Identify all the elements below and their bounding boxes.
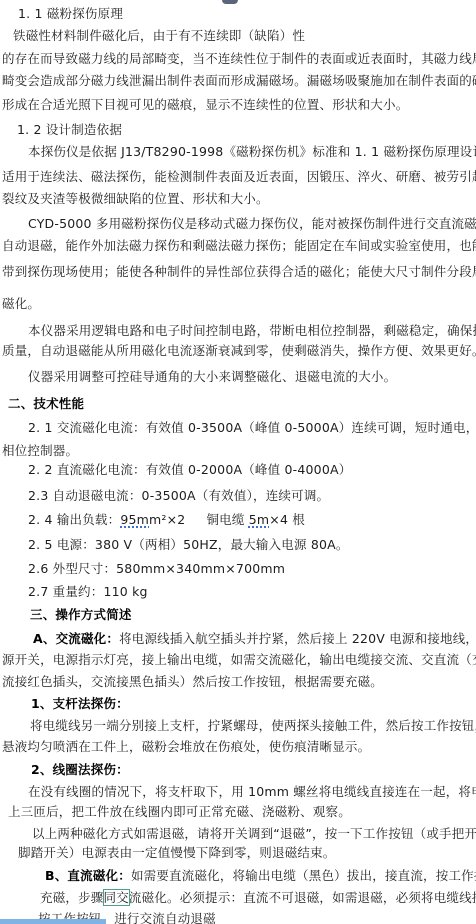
text-line: 1. 1 磁粉探伤原理 <box>18 6 123 21</box>
text-line: 适用于连续法、磁法探伤，能检测制件表面及近表面，因锻压、淬火、研磨、被劳引起的 <box>2 169 476 184</box>
text-line: 相位控制器。 <box>2 443 78 458</box>
text-run: 裂纹及夹渣等极微细缺陷的位置、形状和大小。 <box>2 191 269 206</box>
text-line: 仪器采用调整可控硅导通角的大小来调整磁化、退磁电流的大小。 <box>28 369 396 384</box>
text-line: 畸变会造成部分磁力线泄漏出制件表面而形成漏磁场。漏磁场吸聚施加在制件表面的磁粉， <box>2 73 476 88</box>
text-run: 以上两种磁化方式如需退磁，请将开关调到“退磁”，按一下工作按钮（或手把开关或 <box>32 826 476 841</box>
text-line: 质量，自动退磁能从所用磁化电流逐渐衰减到零，使剩磁消失，操作方便、效果更好。 <box>2 343 476 358</box>
text-run: 将电缆线另一端分别接上支杆，拧紧螺母，使两探头接触工件，然后按工作按钮，使磁 <box>30 718 476 733</box>
text-line: 磁化。 <box>2 296 40 311</box>
text-run: 自动退磁，能作外加法磁力探伤和剩磁法磁力探伤；能固定在车间或实验室使用，也能携 <box>2 238 476 253</box>
text-line: 带到探伤现场使用；能使各种制件的异性部位获得合适的磁化；能使大尺寸制件分段局部 <box>2 264 476 279</box>
text-run: 脚踏开关）电源表由一定值慢慢下降到零，则退磁结束。 <box>18 845 336 860</box>
text-line: 2.6 外型尺寸：580mm×340mm×700mm <box>28 561 285 576</box>
text-line: 充磁，步骤同交流磁化。必须提示：直流不可退磁，如需退磁，必须将电缆线接入交流 <box>40 890 476 905</box>
text-line: 裂纹及夹渣等极微细缺陷的位置、形状和大小。 <box>2 191 269 206</box>
text-line: 2. 4 输出负载：95mm²×2 铜电缆 5m×4 根 <box>28 512 305 527</box>
text-run: 仪器采用调整可控硅导通角的大小来调整磁化、退磁电流的大小。 <box>28 369 396 384</box>
text-line: 上三匝后，把工件放在线圈内即可正常充磁、浇磁粉、观察。 <box>8 804 351 819</box>
text-run: 磁化。 <box>2 296 40 311</box>
text-run: 充磁，步骤 <box>40 890 104 905</box>
text-line: 形成在合适光照下目视可见的磁痕，显示不连续性的位置、形状和大小。 <box>2 97 408 112</box>
text-run: 流接红色插头，交流接黑色插头）然后按工作按钮，根据需要充磁。 <box>2 674 383 689</box>
text-line: 自动退磁，能作外加法磁力探伤和剩磁法磁力探伤；能固定在车间或实验室使用，也能携 <box>2 238 476 253</box>
bold-text-run: A、交流磁化： <box>33 631 119 646</box>
text-line: 1. 2 设计制造依据 <box>17 122 122 137</box>
text-run: 畸变会造成部分磁力线泄漏出制件表面而形成漏磁场。漏磁场吸聚施加在制件表面的磁粉， <box>2 73 476 88</box>
text-run: 铁磁性材料制件磁化后，由于有不连续即（缺陷）性 <box>13 28 305 43</box>
text-run: 将电源线插入航空插头并拧紧，然后接上 220V 电源和接地线，打开电 <box>119 631 476 646</box>
text-run: 2. 4 输出负载： <box>28 512 120 527</box>
text-line: A、交流磁化：将电源线插入航空插头并拧紧，然后接上 220V 电源和接地线，打开… <box>33 631 476 646</box>
text-run: 悬液均匀喷洒在工件上，磁粉会堆放在伤痕处，使伤痕清晰显示。 <box>2 739 370 754</box>
text-line: 二、技术性能 <box>8 396 84 411</box>
text-line: 2. 2 直流磁化电流：有效值 0-2000A（峰值 0-4000A） <box>28 462 351 477</box>
text-run: 流磁化。必须提示：直流不可退磁，如需退磁，必须将电缆线接入交流 <box>129 890 476 905</box>
text-run: 1. 1 磁粉探伤原理 <box>18 6 123 21</box>
text-line: 悬液均匀喷洒在工件上，磁粉会堆放在伤痕处，使伤痕清晰显示。 <box>2 739 370 754</box>
text-run: 适用于连续法、磁法探伤，能检测制件表面及近表面，因锻压、淬火、研磨、被劳引起的 <box>2 169 476 184</box>
text-run: 相位控制器。 <box>2 443 78 458</box>
text-line: 2、线圈法探伤： <box>31 762 129 777</box>
text-run: 形成在合适光照下目视可见的磁痕，显示不连续性的位置、形状和大小。 <box>2 97 408 112</box>
text-run: 本仪器采用逻辑电路和电子时间控制电路，带断电相位控制器，剩磁稳定，确保探伤 <box>28 323 476 338</box>
text-run: 2.7 重量约：110 kg <box>28 584 148 599</box>
text-run: 在没有线圈的情况下，将支杆取下，用 10mm 螺丝将电缆线直接连在一起，将电缆线… <box>28 784 476 799</box>
text-run: 上三匝后，把工件放在线圈内即可正常充磁、浇磁粉、观察。 <box>8 804 351 819</box>
text-run: m²×2 铜电缆 <box>149 512 249 527</box>
text-line: 2.7 重量约：110 kg <box>28 584 148 599</box>
text-line: 三、操作方式简述 <box>30 607 132 622</box>
bold-text-run: 三、操作方式简述 <box>30 607 132 622</box>
text-run: 2. 2 直流磁化电流：有效值 0-2000A（峰值 0-4000A） <box>28 462 351 477</box>
text-line: 以上两种磁化方式如需退磁，请将开关调到“退磁”，按一下工作按钮（或手把开关或 <box>32 826 476 841</box>
text-run: 2.6 外型尺寸：580mm×340mm×700mm <box>28 561 285 576</box>
text-run: ×4 根 <box>269 512 305 527</box>
text-run: 带到探伤现场使用；能使各种制件的异性部位获得合适的磁化；能使大尺寸制件分段局部 <box>2 264 476 279</box>
text-line: 2. 1 交流磁化电流：有效值 0-3500A（峰值 0-5000A）连续可调，… <box>28 420 476 435</box>
text-line: B、直流磁化：如需要直流磁化，将输出电缆（黑色）拔出，接直流，按工作按钮 <box>45 868 476 883</box>
text-run: 质量，自动退磁能从所用磁化电流逐渐衰减到零，使剩磁消失，操作方便、效果更好。 <box>2 343 476 358</box>
text-run: 的存在而导致磁力线的局部畸变，当不连续性位于制件的表面或近表面时，其磁力线局部 <box>2 51 476 66</box>
text-run: 2. 1 交流磁化电流：有效值 0-3500A（峰值 0-5000A）连续可调，… <box>28 420 476 435</box>
text-line: 流接红色插头，交流接黑色插头）然后按工作按钮，根据需要充磁。 <box>2 674 383 689</box>
text-run: 1. 2 设计制造依据 <box>17 122 122 137</box>
top-smudge-mark <box>222 0 238 4</box>
document-page: 1. 1 磁粉探伤原理铁磁性材料制件磁化后，由于有不连续即（缺陷）性的存在而导致… <box>0 0 476 924</box>
text-line: 2.3 自动退磁电流：0-3500A（有效值），连续可调。 <box>28 488 329 503</box>
text-run: 源开关，电源指示灯亮，接上输出电缆，如需交流磁化，输出电缆接交流、交直流（交直 <box>2 652 476 667</box>
bold-text-run: 1、支杆法探伤： <box>31 696 129 711</box>
text-run: CYD-5000 多用磁粉探伤仪是移动式磁力探伤仪，能对被探伤制件进行交直流磁化… <box>28 216 476 231</box>
text-line: 的存在而导致磁力线的局部畸变，当不连续性位于制件的表面或近表面时，其磁力线局部 <box>2 51 476 66</box>
bottom-edge-line <box>0 919 106 924</box>
text-run: 2.3 自动退磁电流：0-3500A（有效值），连续可调。 <box>28 488 329 503</box>
text-line: 2. 5 电源：380 V（两相）50HZ，最大输入电源 80A。 <box>28 537 349 552</box>
spellcheck-marked-text: 5m <box>249 512 270 527</box>
text-line: 本仪器采用逻辑电路和电子时间控制电路，带断电相位控制器，剩磁稳定，确保探伤 <box>28 323 476 338</box>
text-line: 本探伤仪是依据 J13/T8290-1998《磁粉探伤机》标准和 1. 1 磁粉… <box>28 144 476 159</box>
text-line: 铁磁性材料制件磁化后，由于有不连续即（缺陷）性 <box>13 28 305 43</box>
text-line: 1、支杆法探伤： <box>31 696 129 711</box>
bold-text-run: B、直流磁化： <box>45 868 131 883</box>
text-line: 将电缆线另一端分别接上支杆，拧紧螺母，使两探头接触工件，然后按工作按钮，使磁 <box>30 718 476 733</box>
text-line: 脚踏开关）电源表由一定值慢慢下降到零，则退磁结束。 <box>18 845 336 860</box>
text-run: 如需要直流磁化，将输出电缆（黑色）拔出，接直流，按工作按钮 <box>131 868 476 883</box>
text-line: 源开关，电源指示灯亮，接上输出电缆，如需交流磁化，输出电缆接交流、交直流（交直 <box>2 652 476 667</box>
text-line: CYD-5000 多用磁粉探伤仪是移动式磁力探伤仪，能对被探伤制件进行交直流磁化… <box>28 216 476 231</box>
spellcheck-marked-text: 95m <box>120 512 149 527</box>
text-run: 2. 5 电源：380 V（两相）50HZ，最大输入电源 80A。 <box>28 537 349 552</box>
grammar-marked-text: 同交 <box>104 890 129 905</box>
bold-text-run: 二、技术性能 <box>8 396 84 411</box>
text-line: 在没有线圈的情况下，将支杆取下，用 10mm 螺丝将电缆线直接连在一起，将电缆线… <box>28 784 476 799</box>
bold-text-run: 2、线圈法探伤： <box>31 762 129 777</box>
text-run: 本探伤仪是依据 J13/T8290-1998《磁粉探伤机》标准和 1. 1 磁粉… <box>28 144 476 159</box>
